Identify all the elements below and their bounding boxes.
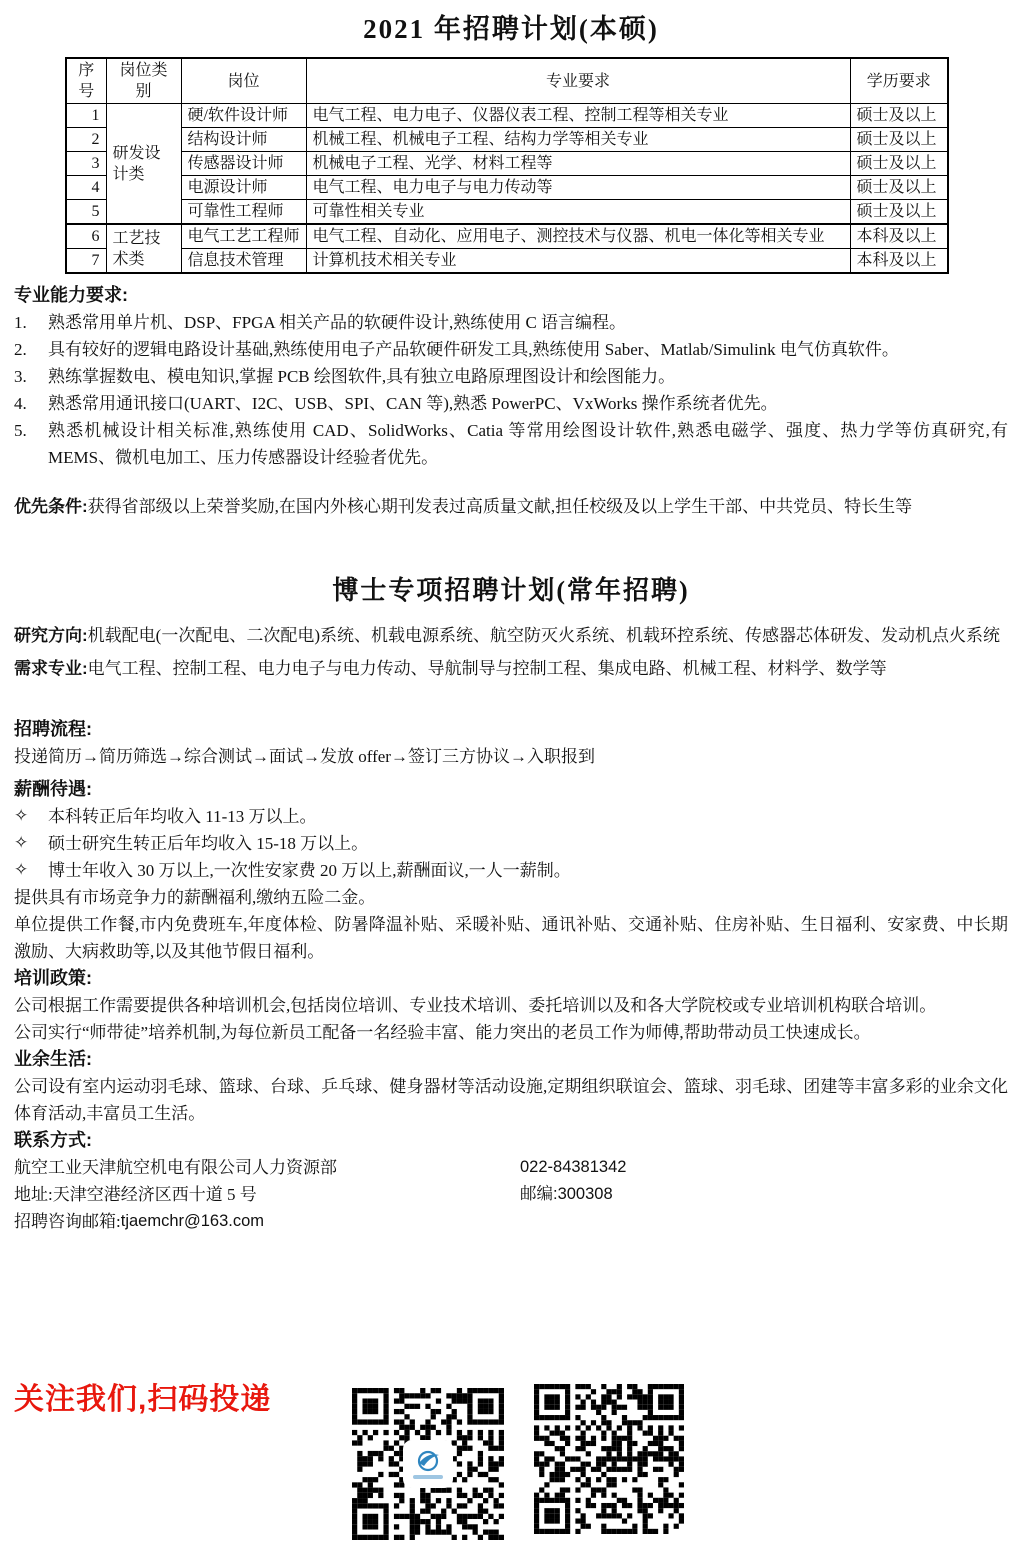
diamond-bullet-icon: ✧: [14, 830, 48, 857]
list-number: 4.: [14, 390, 48, 417]
skills-item: 2. 具有较好的逻辑电路设计基础,熟练使用电子产品软硬件研发工具,熟练使用 Sa…: [14, 336, 1008, 363]
header-no: 序号: [66, 58, 106, 104]
cell-no: 2: [66, 128, 106, 152]
wechat-qr-code: [352, 1388, 504, 1540]
list-number: 2.: [14, 336, 48, 363]
research-label: 研究方向:: [14, 626, 88, 645]
table-row: 6 工艺技术类 电气工艺工程师 电气工程、自动化、应用电子、测控技术与仪器、机电…: [66, 224, 948, 249]
bullet-text: 本科转正后年均收入 11-13 万以上。: [48, 803, 1008, 830]
list-text: 熟练掌握数电、模电知识,掌握 PCB 绘图软件,具有独立电路原理图设计和绘图能力…: [48, 363, 1008, 390]
priority-label: 优先条件:: [14, 497, 88, 516]
cell-no: 3: [66, 152, 106, 176]
process-heading: 招聘流程:: [14, 716, 1008, 743]
cell-degree: 硕士及以上: [850, 104, 948, 128]
list-text: 熟悉常用通讯接口(UART、I2C、USB、SPI、CAN 等),熟悉 Powe…: [48, 390, 1008, 417]
salary-note: 单位提供工作餐,市内免费班车,年度体检、防暑降温补贴、采暖补贴、通讯补贴、交通补…: [14, 911, 1008, 965]
list-text: 熟悉常用单片机、DSP、FPGA 相关产品的软硬件设计,熟练使用 C 语言编程。: [48, 309, 1008, 336]
majors-paragraph: 需求专业:电气工程、控制工程、电力电子与电力传动、导航制导与控制工程、集成电路、…: [14, 655, 1008, 682]
table-row: 5 可靠性工程师 可靠性相关专业 硕士及以上: [66, 200, 948, 225]
salary-note: 提供具有市场竞争力的薪酬福利,缴纳五险二金。: [14, 884, 1008, 911]
research-text: 机载配电(一次配电、二次配电)系统、机载电源系统、航空防灭火系统、机载环控系统、…: [88, 626, 1000, 645]
list-number: 5.: [14, 417, 48, 471]
contact-address: 地址:天津空港经济区西十道 5 号: [14, 1181, 520, 1208]
training-paragraph: 公司根据工作需要提供各种培训机会,包括岗位培训、专业技术培训、委托培训以及和各大…: [14, 992, 1008, 1019]
cell-no: 1: [66, 104, 106, 128]
table-row: 2 结构设计师 机械工程、机械电子工程、结构力学等相关专业 硕士及以上: [66, 128, 948, 152]
leisure-paragraph: 公司设有室内运动羽毛球、篮球、台球、乒乓球、健身器材等活动设施,定期组织联谊会、…: [14, 1073, 1008, 1127]
recruitment-document-page: 2021 年招聘计划(本硕) 序号 岗位类别 岗位 专业要求 学历要求 1 研发…: [0, 0, 1024, 1544]
table-row: 4 电源设计师 电气工程、电力电子与电力传动等 硕士及以上: [66, 176, 948, 200]
cell-position: 硬/软件设计师: [181, 104, 306, 128]
skills-item: 3. 熟练掌握数电、模电知识,掌握 PCB 绘图软件,具有独立电路原理图设计和绘…: [14, 363, 1008, 390]
skills-item: 5. 熟悉机械设计相关标准,熟练使用 CAD、SolidWorks、Catia …: [14, 417, 1008, 471]
research-paragraph: 研究方向:机载配电(一次配电、二次配电)系统、机载电源系统、航空防灭火系统、机载…: [14, 622, 1008, 649]
table-header-row: 序号 岗位类别 岗位 专业要求 学历要求: [66, 58, 948, 104]
footer: 关注我们,扫码投递: [0, 1372, 1024, 1544]
contact-row-dept: 航空工业天津航空机电有限公司人力资源部 022-84381342: [14, 1154, 1008, 1181]
header-degree: 学历要求: [850, 58, 948, 104]
process-flow: 投递简历→简历筛选→综合测试→面试→发放 offer→签订三方协议→入职报到: [14, 743, 1008, 770]
cell-degree: 硕士及以上: [850, 152, 948, 176]
cell-major: 机械工程、机械电子工程、结构力学等相关专业: [306, 128, 850, 152]
cell-no: 5: [66, 200, 106, 225]
cell-position: 信息技术管理: [181, 249, 306, 274]
table-row: 7 信息技术管理 计算机技术相关专业 本科及以上: [66, 249, 948, 274]
salary-bullet: ✧ 博士年收入 30 万以上,一次性安家费 20 万以上,薪酬面议,一人一薪制。: [14, 857, 1008, 884]
training-paragraph: 公司实行“师带徒”培养机制,为每位新员工配备一名经验丰富、能力突出的老员工作为师…: [14, 1019, 1008, 1046]
header-position: 岗位: [181, 58, 306, 104]
cell-position: 结构设计师: [181, 128, 306, 152]
cell-no: 4: [66, 176, 106, 200]
table-row: 3 传感器设计师 机械电子工程、光学、材料工程等 硕士及以上: [66, 152, 948, 176]
salary-bullet: ✧ 硕士研究生转正后年均收入 15-18 万以上。: [14, 830, 1008, 857]
priority-text: 获得省部级以上荣誉奖励,在国内外核心期刊发表过高质量文献,担任校级及以上学生干部…: [88, 497, 913, 516]
diamond-bullet-icon: ✧: [14, 803, 48, 830]
diamond-bullet-icon: ✧: [14, 857, 48, 884]
cell-position: 电气工艺工程师: [181, 224, 306, 249]
company-logo-icon: [405, 1442, 451, 1486]
majors-label: 需求专业:: [14, 659, 88, 678]
skills-item: 4. 熟悉常用通讯接口(UART、I2C、USB、SPI、CAN 等),熟悉 P…: [14, 390, 1008, 417]
cell-degree: 硕士及以上: [850, 200, 948, 225]
skills-heading: 专业能力要求:: [14, 282, 1008, 309]
salary-bullet: ✧ 本科转正后年均收入 11-13 万以上。: [14, 803, 1008, 830]
cell-major: 机械电子工程、光学、材料工程等: [306, 152, 850, 176]
cell-no: 6: [66, 224, 106, 249]
follow-us-text: 关注我们,扫码投递: [14, 1374, 271, 1418]
list-text: 熟悉机械设计相关标准,熟练使用 CAD、SolidWorks、Catia 等常用…: [48, 417, 1008, 471]
cell-major: 计算机技术相关专业: [306, 249, 850, 274]
priority-paragraph: 优先条件:获得省部级以上荣誉奖励,在国内外核心期刊发表过高质量文献,担任校级及以…: [14, 493, 1008, 520]
cell-degree: 硕士及以上: [850, 128, 948, 152]
list-number: 3.: [14, 363, 48, 390]
apply-resume-qr-code: [534, 1384, 684, 1534]
list-number: 1.: [14, 309, 48, 336]
training-heading: 培训政策:: [14, 965, 1008, 992]
contact-phone: 022-84381342: [520, 1154, 626, 1181]
phd-section-title: 博士专项招聘计划(常年招聘): [14, 574, 1008, 608]
cell-major: 电气工程、电力电子与电力传动等: [306, 176, 850, 200]
contact-postcode: 邮编:300308: [520, 1181, 613, 1208]
cell-position: 可靠性工程师: [181, 200, 306, 225]
cell-degree: 本科及以上: [850, 224, 948, 249]
cell-major: 电气工程、电力电子、仪器仪表工程、控制工程等相关专业: [306, 104, 850, 128]
cell-position: 传感器设计师: [181, 152, 306, 176]
bullet-text: 硕士研究生转正后年均收入 15-18 万以上。: [48, 830, 1008, 857]
salary-heading: 薪酬待遇:: [14, 776, 1008, 803]
contact-row-address: 地址:天津空港经济区西十道 5 号 邮编:300308: [14, 1181, 1008, 1208]
page-title: 2021 年招聘计划(本硕): [14, 0, 1008, 46]
majors-text: 电气工程、控制工程、电力电子与电力传动、导航制导与控制工程、集成电路、机械工程、…: [88, 659, 887, 678]
contact-dept: 航空工业天津航空机电有限公司人力资源部: [14, 1154, 520, 1181]
recruitment-plan-table: 序号 岗位类别 岗位 专业要求 学历要求 1 研发设计类 硬/软件设计师 电气工…: [65, 57, 949, 274]
contact-email-label: 招聘咨询邮箱:: [14, 1208, 121, 1235]
cell-major: 可靠性相关专业: [306, 200, 850, 225]
contact-email-link[interactable]: tjaemchr@163.com: [121, 1208, 264, 1235]
leisure-heading: 业余生活:: [14, 1046, 1008, 1073]
cell-degree: 硕士及以上: [850, 176, 948, 200]
cell-degree: 本科及以上: [850, 249, 948, 274]
header-major: 专业要求: [306, 58, 850, 104]
contact-heading: 联系方式:: [14, 1127, 1008, 1154]
cell-major: 电气工程、自动化、应用电子、测控技术与仪器、机电一体化等相关专业: [306, 224, 850, 249]
header-category: 岗位类别: [106, 58, 181, 104]
cell-position: 电源设计师: [181, 176, 306, 200]
cell-category-craft: 工艺技术类: [106, 224, 181, 273]
cell-category-rd: 研发设计类: [106, 104, 181, 225]
list-text: 具有较好的逻辑电路设计基础,熟练使用电子产品软硬件研发工具,熟练使用 Saber…: [48, 336, 1008, 363]
table-row: 1 研发设计类 硬/软件设计师 电气工程、电力电子、仪器仪表工程、控制工程等相关…: [66, 104, 948, 128]
cell-no: 7: [66, 249, 106, 274]
contact-row-email: 招聘咨询邮箱: tjaemchr@163.com: [14, 1208, 1008, 1235]
bullet-text: 博士年收入 30 万以上,一次性安家费 20 万以上,薪酬面议,一人一薪制。: [48, 857, 1008, 884]
skills-item: 1. 熟悉常用单片机、DSP、FPGA 相关产品的软硬件设计,熟练使用 C 语言…: [14, 309, 1008, 336]
